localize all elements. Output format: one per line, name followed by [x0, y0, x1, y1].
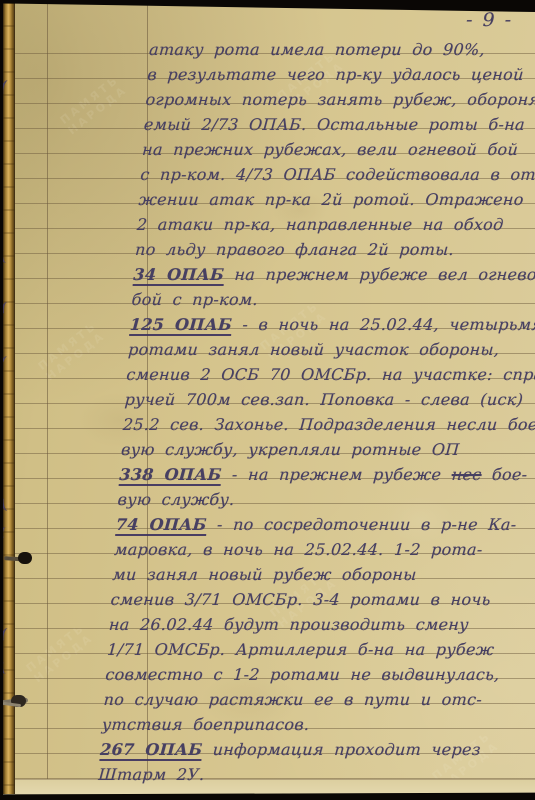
- text-segment: 1/71 ОМСБр. Артиллерия б-на на рубеж: [107, 640, 495, 659]
- handwritten-line: ми занял новый рубеж обороны: [112, 562, 499, 587]
- text-segment: ми занял новый рубеж обороны: [112, 565, 417, 584]
- handwritten-line: в результате чего пр-ку удалось ценой: [147, 62, 534, 87]
- text-segment: - в ночь на 25.02.44, четырьмя: [231, 315, 535, 334]
- margin-line-inner: [47, 3, 48, 779]
- handwritten-line: на прежних рубежах, вели огневой бой: [141, 137, 528, 162]
- text-segment: по льду правого фланга 2й роты.: [134, 240, 454, 259]
- handwritten-line: с пр-ком. 4/73 ОПАБ содействовала в отра…: [140, 162, 527, 187]
- text-segment: ручей 700м сев.зап. Поповка - слева (иск…: [124, 390, 524, 409]
- handwritten-line: вую службу, укрепляли ротные ОП: [120, 437, 507, 462]
- handwritten-line: 267 ОПАБ информация проходит через: [99, 737, 486, 762]
- handwritten-line: 34 ОПАБ на прежнем рубеже вел огневой: [133, 262, 520, 287]
- text-segment: сменив 2 ОСБ 70 ОМСБр. на участке: справ…: [126, 365, 535, 384]
- handwritten-line: 1/71 ОМСБр. Артиллерия б-на на рубеж: [106, 637, 493, 662]
- unit-designation: 74 ОПАБ: [115, 515, 207, 536]
- handwritten-line: жении атак пр-ка 2й ротой. Отражено: [138, 187, 525, 212]
- text-segment: утствия боеприпасов.: [101, 715, 310, 734]
- handwritten-line: утствия боеприпасов.: [101, 712, 488, 737]
- handwritten-line: емый 2/73 ОПАБ. Остальные роты б-на: [143, 112, 530, 137]
- handwritten-line: по льду правого фланга 2й роты.: [134, 237, 521, 262]
- text-segment: емый 2/73 ОПАБ. Остальные роты б-на: [143, 115, 525, 134]
- handwritten-line: 125 ОПАБ - в ночь на 25.02.44, четырьмя: [129, 312, 516, 337]
- handwritten-line: 25.2 сев. Захонье. Подразделения несли б…: [122, 412, 509, 437]
- binding-thread-bottom: [1, 691, 31, 712]
- text-segment: вую службу, укрепляли ротные ОП: [120, 440, 460, 459]
- handwritten-line: атаку рота имела потери до 90%,: [148, 37, 535, 62]
- handwritten-line: 2 атаки пр-ка, направленные на обход: [136, 212, 523, 237]
- thread-knot: [18, 552, 32, 564]
- text-segment: 25.2 сев. Захонье. Подразделения несли б…: [122, 415, 535, 434]
- text-segment: Штарм 2У.: [98, 765, 205, 784]
- handwritten-line: бой с пр-ком.: [131, 287, 518, 312]
- text-segment: информация проходит через: [202, 740, 482, 759]
- handwritten-line: сменив 2 ОСБ 70 ОМСБр. на участке: справ…: [126, 362, 513, 387]
- text-segment: маровка, в ночь на 25.02.44. 1-2 рота-: [113, 540, 483, 559]
- text-segment: атаку рота имела потери до 90%,: [148, 40, 485, 59]
- handwritten-line: по случаю растяжки ее в пути и отс-: [103, 687, 490, 712]
- handwritten-line: совместно с 1-2 ротами не выдвинулась,: [105, 662, 492, 687]
- text-segment: на прежних рубежах, вели огневой бой: [141, 140, 518, 159]
- unit-designation: 125 ОПАБ: [129, 315, 233, 336]
- page-number: - 9 -: [466, 9, 513, 31]
- text-segment: нес: [451, 465, 482, 484]
- text-segment: по случаю растяжки ее в пути и отс-: [103, 690, 483, 709]
- text-segment: бой с пр-ком.: [131, 290, 259, 309]
- binding-thread-top: [4, 551, 32, 568]
- text-segment: - на прежнем рубеже: [221, 465, 452, 484]
- handwritten-line: 338 ОПАБ - на прежнем рубеже нес бое-: [119, 462, 506, 487]
- text-segment: в результате чего пр-ку удалось ценой: [147, 65, 525, 84]
- text-segment: сменив 3/71 ОМСБр. 3-4 ротами в ночь: [110, 590, 491, 609]
- binding-strip: [3, 2, 15, 794]
- handwritten-line: ротами занял новый участок обороны,: [127, 337, 514, 362]
- text-segment: совместно с 1-2 ротами не выдвинулась,: [105, 665, 500, 684]
- handwritten-text: атаку рота имела потери до 90%,в результ…: [98, 37, 535, 787]
- handwritten-line: 74 ОПАБ - по сосредоточении в р-не Ка-: [115, 512, 502, 537]
- handwritten-line: Штарм 2У.: [98, 762, 485, 787]
- scan-edge-left: [0, 0, 3, 800]
- handwritten-line: сменив 3/71 ОМСБр. 3-4 ротами в ночь: [110, 587, 497, 612]
- unit-designation: 34 ОПАБ: [133, 265, 225, 286]
- text-segment: на прежнем рубеже вел огневой: [223, 265, 535, 284]
- text-segment: жении атак пр-ка 2й ротой. Отражено: [138, 190, 524, 209]
- unit-designation: 267 ОПАБ: [99, 740, 203, 761]
- handwritten-line: маровка, в ночь на 25.02.44. 1-2 рота-: [113, 537, 500, 562]
- handwritten-line: вую службу.: [117, 487, 504, 512]
- text-segment: бое-: [481, 465, 528, 484]
- text-segment: 2 атаки пр-ка, направленные на обход: [136, 215, 504, 234]
- text-segment: ротами занял новый участок обороны,: [127, 340, 499, 359]
- scanned-document-page: ПАМЯТЬНАРОДА ПАМЯТЬНАРОДА ПАМЯТЬНАРОДА П…: [0, 0, 535, 800]
- text-segment: вую службу.: [117, 490, 235, 509]
- handwritten-line: огромных потерь занять рубеж, обороня-: [145, 87, 532, 112]
- text-segment: огромных потерь занять рубеж, обороня-: [145, 90, 535, 109]
- text-segment: - по сосредоточении в р-не Ка-: [206, 515, 517, 534]
- handwritten-line: на 26.02.44 будут производить смену: [108, 612, 495, 637]
- unit-designation: 338 ОПАБ: [119, 465, 223, 486]
- handwritten-line: ручей 700м сев.зап. Поповка - слева (иск…: [124, 387, 511, 412]
- text-segment: на 26.02.44 будут производить смену: [108, 615, 469, 634]
- paper-sheet: ПАМЯТЬНАРОДА ПАМЯТЬНАРОДА ПАМЯТЬНАРОДА П…: [0, 0, 535, 800]
- text-segment: с пр-ком. 4/73 ОПАБ содействовала в отра…: [140, 165, 535, 184]
